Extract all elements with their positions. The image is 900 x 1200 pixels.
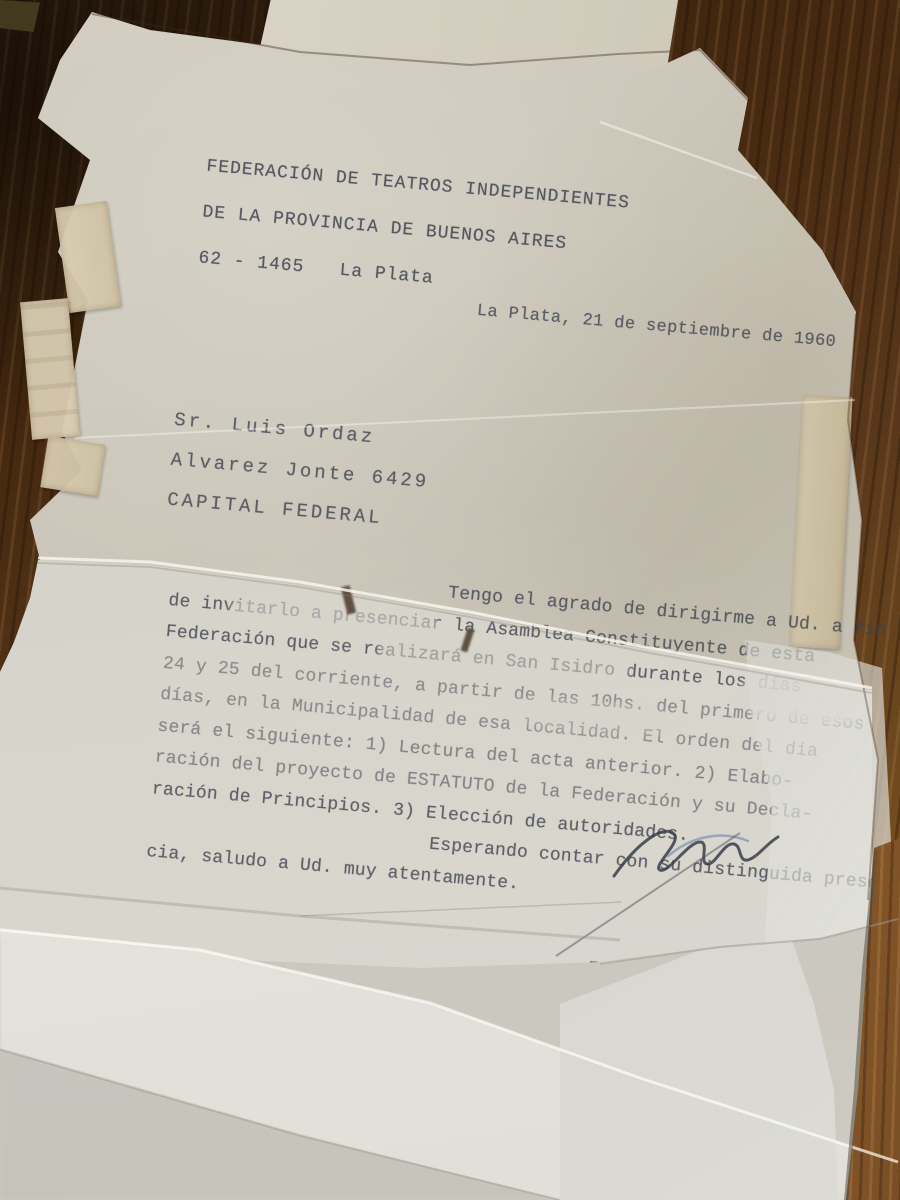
tissue-edge-shadow — [600, 919, 898, 964]
bottom-fold-shadow — [0, 1050, 560, 1200]
crease-line — [75, 400, 855, 438]
curved-paper-edge-shadow — [846, 850, 876, 1200]
letter-bottom-shadow — [0, 888, 620, 940]
top-edge-shadow — [92, 14, 748, 100]
handwritten-signature — [614, 831, 778, 876]
creases-and-signature-overlay — [0, 0, 900, 1200]
tissue-fold-shadow — [38, 563, 872, 693]
photo-of-letter: FEDERACIÓN DE TEATROS INDEPENDIENTES DE … — [0, 0, 900, 1200]
right-edge-shadow — [848, 314, 878, 900]
bottom-fold-highlight — [0, 930, 898, 1162]
tissue-fold-highlight — [38, 558, 872, 688]
crease-line — [300, 902, 622, 916]
crease-line — [600, 122, 757, 178]
